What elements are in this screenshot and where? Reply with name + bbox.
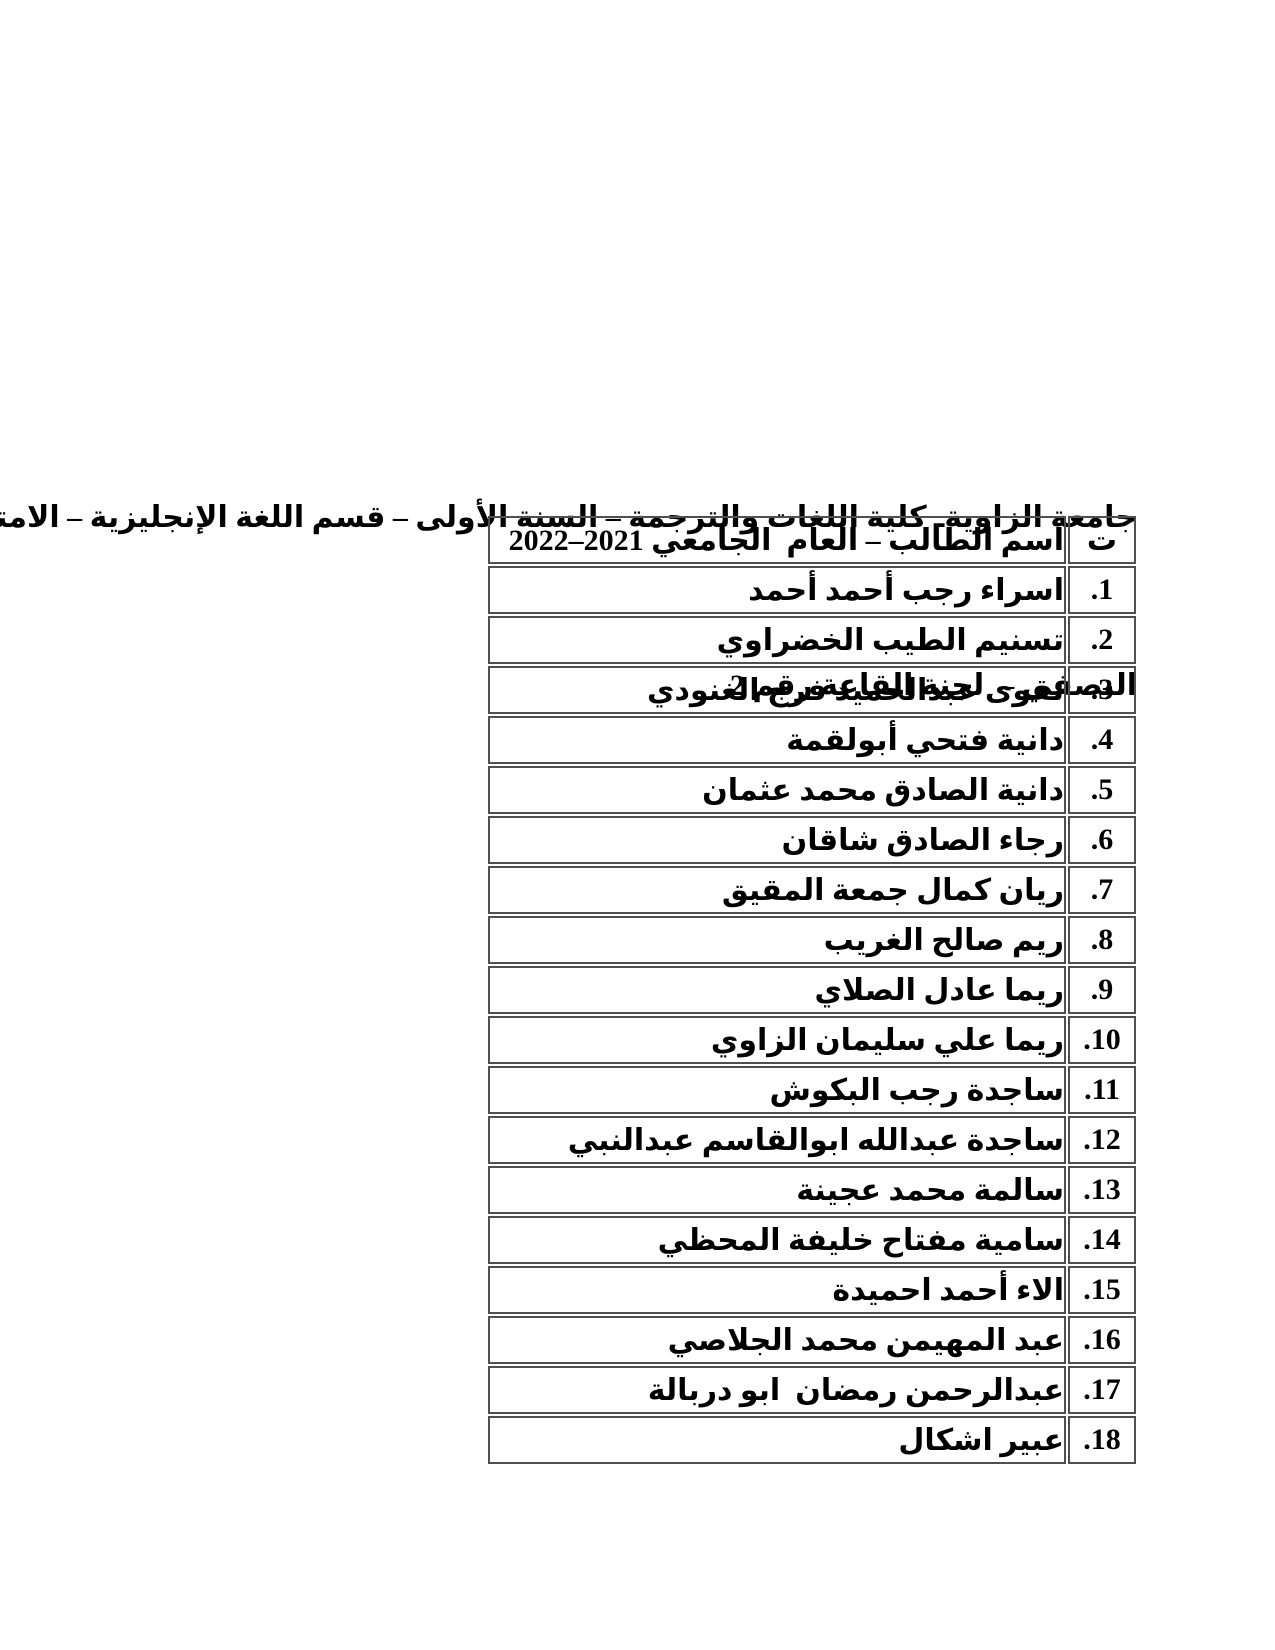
row-number: 4.: [1068, 716, 1136, 764]
table-row: 11.ساجدة رجب البكوش: [488, 1066, 1136, 1114]
table-row: 18.عبير اشكال: [488, 1416, 1136, 1464]
table-row: 17.عبدالرحمن رمضان ابو دربالة: [488, 1366, 1136, 1414]
student-name: ريما علي سليمان الزاوي: [488, 1016, 1066, 1064]
table-row: 3.تقوى عبدالحميد فرج الغنودي: [488, 666, 1136, 714]
row-number: 14.: [1068, 1216, 1136, 1264]
table-row: 7.ريان كمال جمعة المقيق: [488, 866, 1136, 914]
table-row: 5.دانية الصادق محمد عثمان: [488, 766, 1136, 814]
document-page: جامعة الزاويةـ كلية اللغات والترجمة – ال…: [0, 0, 1275, 1650]
table-row: 10.ريما علي سليمان الزاوي: [488, 1016, 1136, 1064]
student-name: تسنيم الطيب الخضراوي: [488, 616, 1066, 664]
student-name: عبد المهيمن محمد الجلاصي: [488, 1316, 1066, 1364]
student-name: الاء أحمد احميدة: [488, 1266, 1066, 1314]
students-table: ت اسم الطالب – العام الجامعي 2021–2022 1…: [486, 514, 1138, 1466]
row-number: 13.: [1068, 1166, 1136, 1214]
col-header-name: اسم الطالب – العام الجامعي 2021–2022: [488, 516, 1066, 564]
row-number: 2.: [1068, 616, 1136, 664]
student-name: دانية فتحي أبولقمة: [488, 716, 1066, 764]
col-header-index: ت: [1068, 516, 1136, 564]
table-row: 8.ريم صالح الغريب: [488, 916, 1136, 964]
student-name: دانية الصادق محمد عثمان: [488, 766, 1066, 814]
table-row: 14.سامية مفتاح خليفة المحظي: [488, 1216, 1136, 1264]
student-name: ريم صالح الغريب: [488, 916, 1066, 964]
table-header-row: ت اسم الطالب – العام الجامعي 2021–2022: [488, 516, 1136, 564]
row-number: 10.: [1068, 1016, 1136, 1064]
table-row: 12.ساجدة عبدالله ابوالقاسم عبدالنبي: [488, 1116, 1136, 1164]
row-number: 15.: [1068, 1266, 1136, 1314]
table-row: 2.تسنيم الطيب الخضراوي: [488, 616, 1136, 664]
student-name: عبير اشكال: [488, 1416, 1066, 1464]
student-name: ساجدة رجب البكوش: [488, 1066, 1066, 1114]
row-number: 11.: [1068, 1066, 1136, 1114]
row-number: 5.: [1068, 766, 1136, 814]
student-name: ريان كمال جمعة المقيق: [488, 866, 1066, 914]
table-row: 13.سالمة محمد عجينة: [488, 1166, 1136, 1214]
row-number: 18.: [1068, 1416, 1136, 1464]
table-row: 15.الاء أحمد احميدة: [488, 1266, 1136, 1314]
student-name: ريما عادل الصلاي: [488, 966, 1066, 1014]
row-number: 6.: [1068, 816, 1136, 864]
student-name: اسراء رجب أحمد أحمد: [488, 566, 1066, 614]
row-number: 1.: [1068, 566, 1136, 614]
row-number: 17.: [1068, 1366, 1136, 1414]
row-number: 3.: [1068, 666, 1136, 714]
row-number: 8.: [1068, 916, 1136, 964]
table-row: 9.ريما عادل الصلاي: [488, 966, 1136, 1014]
student-name: سامية مفتاح خليفة المحظي: [488, 1216, 1066, 1264]
student-name: ساجدة عبدالله ابوالقاسم عبدالنبي: [488, 1116, 1066, 1164]
student-name: عبدالرحمن رمضان ابو دربالة: [488, 1366, 1066, 1414]
table-row: 6.رجاء الصادق شاقان: [488, 816, 1136, 864]
row-number: 9.: [1068, 966, 1136, 1014]
row-number: 16.: [1068, 1316, 1136, 1364]
table-row: 4.دانية فتحي أبولقمة: [488, 716, 1136, 764]
row-number: 7.: [1068, 866, 1136, 914]
student-name: تقوى عبدالحميد فرج الغنودي: [488, 666, 1066, 714]
row-number: 12.: [1068, 1116, 1136, 1164]
student-name: رجاء الصادق شاقان: [488, 816, 1066, 864]
table-row: 16.عبد المهيمن محمد الجلاصي: [488, 1316, 1136, 1364]
table-row: 1.اسراء رجب أحمد أحمد: [488, 566, 1136, 614]
student-name: سالمة محمد عجينة: [488, 1166, 1066, 1214]
